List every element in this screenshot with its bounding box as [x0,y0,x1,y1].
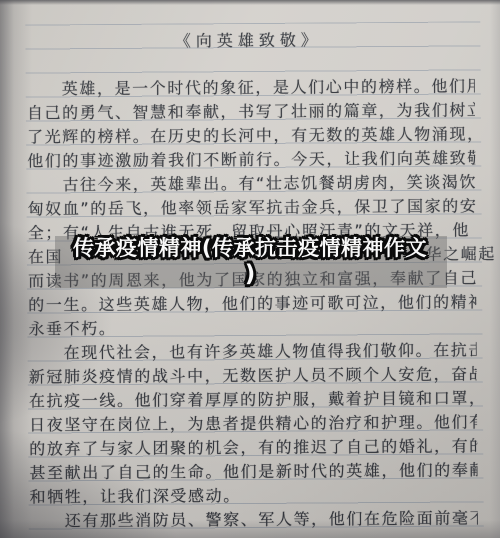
essay-line: 在现代社会，也有许多英雄人物值得我们敬仰。在抗击 [28,337,476,362]
overlay-title: 传承疫情精神(传承抗击疫情精神作文 ) [0,237,500,287]
essay-line: 自己的勇气、智慧和奉献，书写了壮丽的篇章，为我们树立 [27,97,475,122]
essay-line: 的放弃了与家人团聚的机会，有的推迟了自己的婚礼，有的 [29,433,477,458]
essay-line: 在抗疫一线。他们穿着厚厚的防护服，戴着护目镜和口罩， [29,385,477,410]
essay-line: 英雄，是一个时代的象征，是人们心中的榜样。他们用 [27,73,475,98]
essay-line: 古往今来，英雄辈出。有“壮志饥餐胡虏肉，笑谈渴饮 [27,169,475,194]
article-cover-photo: 《向英雄致敬》 英雄，是一个时代的象征，是人们心中的榜样。他们用自己的勇气、智慧… [0,0,500,538]
essay-line: 永垂不朽。 [28,313,476,338]
essay-line: 和牺牲，让我们深受感动。 [29,481,477,506]
overlay-title-line1: 传承疫情精神(传承抗击疫情精神作文 [0,237,500,261]
essay-line: 还有那些消防员、警察、军人等，他们在危险面前毫不 [30,505,478,530]
essay-line: 新冠肺炎疫情的战斗中，无数医护人员不顾个人安危，奋战 [29,361,477,386]
essay-line: 的一生。这些英雄人物，他们的事迹可歌可泣，他们的精神 [28,289,476,314]
essay-line: 了光辉的榜样。在历史的长河中，有无数的英雄人物涌现， [27,121,475,146]
overlay-title-line2: ) [0,262,500,288]
essay-line: 甚至献出了自己的生命。他们是新时代的英雄，他们的奉献 [29,457,477,482]
essay-line: 匈奴血”的岳飞，他率领岳家军抗击金兵，保卫了国家的安 [27,193,475,218]
essay-line: 日夜坚守在岗位上，为患者提供精心的治疗和护理。他们有 [29,409,477,434]
essay-line: 他们的事迹激励着我们不断前行。今天，让我们向英雄致敬。 [27,145,475,170]
essay-title: 《向英雄致敬》 [0,26,498,52]
essay-body: 英雄，是一个时代的象征，是人们心中的榜样。他们用自己的勇气、智慧和奉献，书写了壮… [0,0,498,2]
